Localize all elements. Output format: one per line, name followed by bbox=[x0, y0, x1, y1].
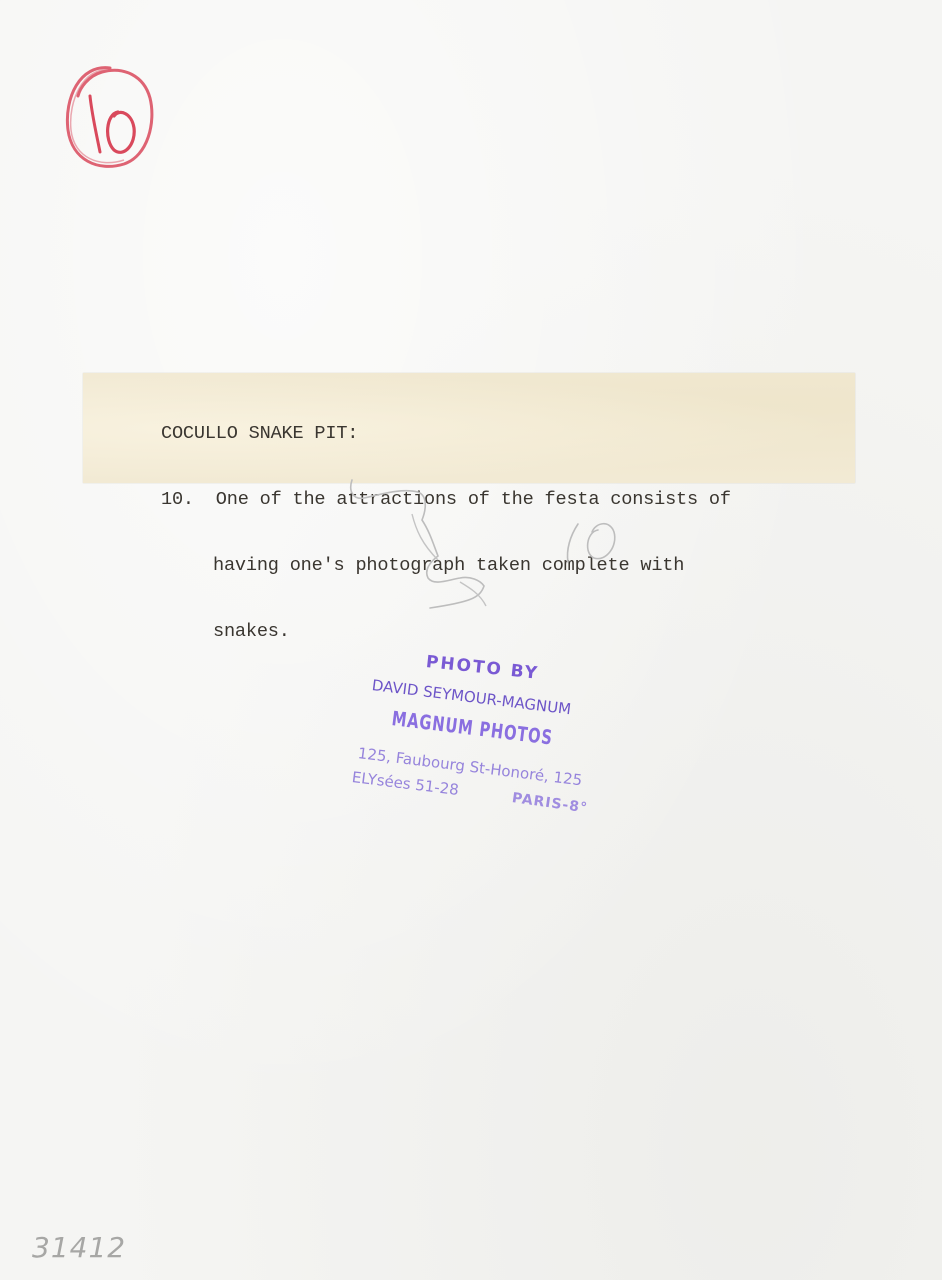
caption-line-3: snakes. bbox=[161, 621, 731, 643]
red-circled-number: 10 bbox=[58, 60, 158, 178]
pencil-marks: 10 bbox=[330, 470, 640, 610]
magnum-photos-stamp: PHOTO BY DAVID SEYMOUR-MAGNUM MAGNUM PHO… bbox=[350, 650, 630, 825]
typed-caption-label: COCULLO SNAKE PIT: 10. One of the attrac… bbox=[83, 373, 855, 483]
stamp-photo-by: PHOTO BY bbox=[425, 652, 540, 684]
red-circle-icon bbox=[58, 60, 158, 178]
caption-heading: COCULLO SNAKE PIT: bbox=[161, 423, 731, 445]
caption-number: 10. bbox=[161, 489, 194, 510]
stamp-phone: ELYsées 51-28 bbox=[351, 768, 460, 799]
inventory-number: 31412 bbox=[32, 1231, 126, 1264]
stamp-city: PARIS-8° bbox=[511, 790, 589, 816]
pencil-scribble-icon bbox=[330, 470, 640, 610]
